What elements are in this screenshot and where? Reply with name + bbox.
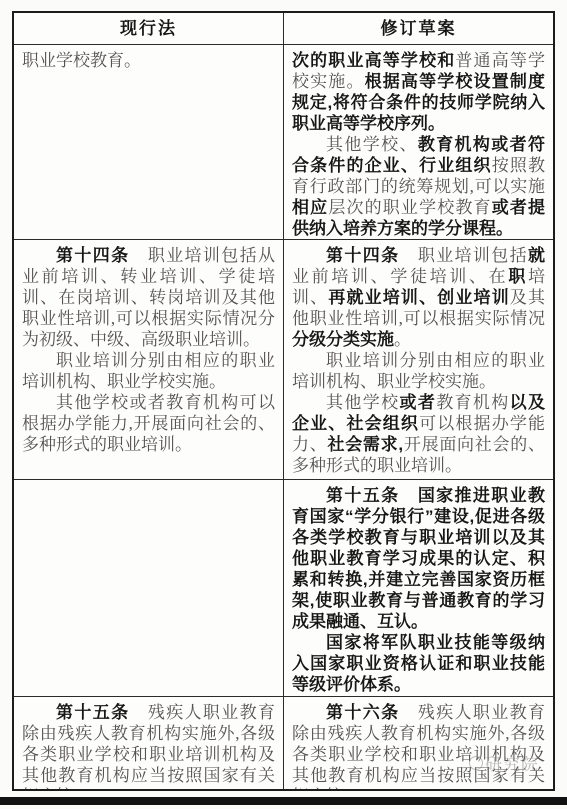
cell-row1-current-law: 职业学校教育。 bbox=[14, 45, 284, 240]
paragraph: 国家将军队职业技能等级纳入国家职业资格认证和职业技能等级评价体系。 bbox=[292, 632, 545, 695]
paragraph: 其他学校或者教育机构以及企业、社会组织可以根据办学能力、社会需求,开展面向社会的… bbox=[292, 392, 545, 476]
original-text-segment: 其他学校或者教育机构可以根据办学能力,开展面向社会的、多种形式的职业培训。 bbox=[22, 393, 275, 454]
cell-row4-current-law: 第十五条 残疾人职业教育除由残疾人教育机构实施外,各级各类职业学校和职业培训机构… bbox=[14, 697, 284, 789]
paragraph: 第十五条 国家推进职业教育国家“学分银行”建设,促进各级各类学校教育与职业培训以… bbox=[292, 485, 545, 632]
scanned-document-page: 现行法 修订草案 职业学校教育。 次的职业高等学校和普通高等学校实施。根据高等学… bbox=[0, 0, 567, 809]
header-cell-current-law: 现行法 bbox=[14, 13, 284, 45]
cell-row1-revised-draft: 次的职业高等学校和普通高等学校实施。根据高等学校设置制度规定,将符合条件的技师学… bbox=[284, 45, 553, 240]
amended-text-segment: 国家将军队职业技能等级纳入国家职业资格认证和职业技能等级评价体系。 bbox=[292, 633, 545, 694]
amended-text-segment: 第十四条 bbox=[56, 246, 129, 265]
paragraph: 职业学校教育。 bbox=[22, 50, 275, 71]
original-text-segment: 其他学校、 bbox=[326, 135, 418, 154]
original-text-segment: 职业学校教育。 bbox=[22, 51, 141, 70]
paragraph: 第十六条 残疾人职业教育除由残疾人教育机构实施外,各级各类职业学校和职业培训机构… bbox=[292, 702, 545, 789]
amended-text-segment: 或者 bbox=[399, 393, 436, 412]
original-text-segment: 职业培训分别由相应的职业培训机构、职业学校实施。 bbox=[22, 351, 275, 391]
cell-row3-current-law-empty bbox=[14, 480, 284, 697]
header-cell-revised-draft: 修订草案 bbox=[284, 13, 553, 45]
paragraph: 职业培训分别由相应的职业培训机构、职业学校实施。 bbox=[22, 350, 275, 392]
amended-text-segment: 职 bbox=[508, 267, 528, 286]
amended-text-segment: 次的职业高等学校和 bbox=[292, 51, 455, 70]
paragraph: 第十五条 残疾人职业教育除由残疾人教育机构实施外,各级各类职业学校和职业培训机构… bbox=[22, 702, 275, 789]
cell-row3-revised-draft: 第十五条 国家推进职业教育国家“学分银行”建设,促进各级各类学校教育与职业培训以… bbox=[284, 480, 553, 697]
bottom-divider-bar bbox=[0, 797, 567, 805]
original-text-segment: 其他学校 bbox=[326, 393, 399, 412]
original-text-segment: 职业培训包括 bbox=[399, 246, 528, 265]
amended-text-segment: 第十六条 bbox=[326, 703, 399, 722]
original-text-segment: 业前培训、学徒培训、在 bbox=[292, 267, 508, 286]
cell-row2-current-law: 第十四条 职业培训包括从业前培训、转业培训、学徒培训、在岗培训、转岗培训及其他职… bbox=[14, 240, 284, 480]
cell-row2-revised-draft: 第十四条 职业培训包括就业前培训、学徒培训、在职培训、再就业培训、创业培训及其他… bbox=[284, 240, 553, 480]
paragraph: 第十四条 职业培训包括就业前培训、学徒培训、在职培训、再就业培训、创业培训及其他… bbox=[292, 245, 545, 350]
header-revised-draft-label: 修订草案 bbox=[381, 18, 457, 39]
original-text-segment: 层次的职业学校教育 bbox=[328, 198, 491, 217]
paragraph: 次的职业高等学校和普通高等学校实施。根据高等学校设置制度规定,将符合条件的技师学… bbox=[292, 50, 545, 134]
amended-text-segment: 第十四条 bbox=[326, 246, 399, 265]
original-text-segment: 教育机构 bbox=[436, 393, 509, 412]
amended-text-segment: 相应 bbox=[292, 198, 328, 217]
cell-row4-revised-draft: 第十六条 残疾人职业教育除由残疾人教育机构实施外,各级各类职业学校和职业培训机构… bbox=[284, 697, 553, 789]
law-comparison-table: 现行法 修订草案 职业学校教育。 次的职业高等学校和普通高等学校实施。根据高等学… bbox=[12, 11, 555, 791]
amended-text-segment: 第十五条 bbox=[56, 703, 129, 722]
amended-text-segment: 分级分类实施 bbox=[292, 330, 394, 349]
amended-text-segment: 社会需求, bbox=[327, 435, 403, 454]
paragraph: 第十四条 职业培训包括从业前培训、转业培训、学徒培训、在岗培训、转岗培训及其他职… bbox=[22, 245, 275, 350]
paragraph: 其他学校、教育机构或者符合条件的企业、行业组织按照教育行政部门的统筹规划,可以实… bbox=[292, 134, 545, 239]
amended-text-segment: 就 bbox=[528, 246, 545, 265]
header-current-law-label: 现行法 bbox=[120, 18, 177, 39]
paragraph: 其他学校或者教育机构可以根据办学能力,开展面向社会的、多种形式的职业培训。 bbox=[22, 392, 275, 455]
amended-text-segment: 再就业培训、创业培训 bbox=[328, 288, 510, 307]
original-text-segment: 。 bbox=[394, 330, 411, 349]
original-text-segment: 职业培训分别由相应的职业培训机构、职业学校实施。 bbox=[292, 351, 545, 391]
paragraph: 职业培训分别由相应的职业培训机构、职业学校实施。 bbox=[292, 350, 545, 392]
amended-text-segment: 第十五条 国家推进职业教育国家“学分银行”建设,促进各级各类学校教育与职业培训以… bbox=[292, 486, 545, 631]
